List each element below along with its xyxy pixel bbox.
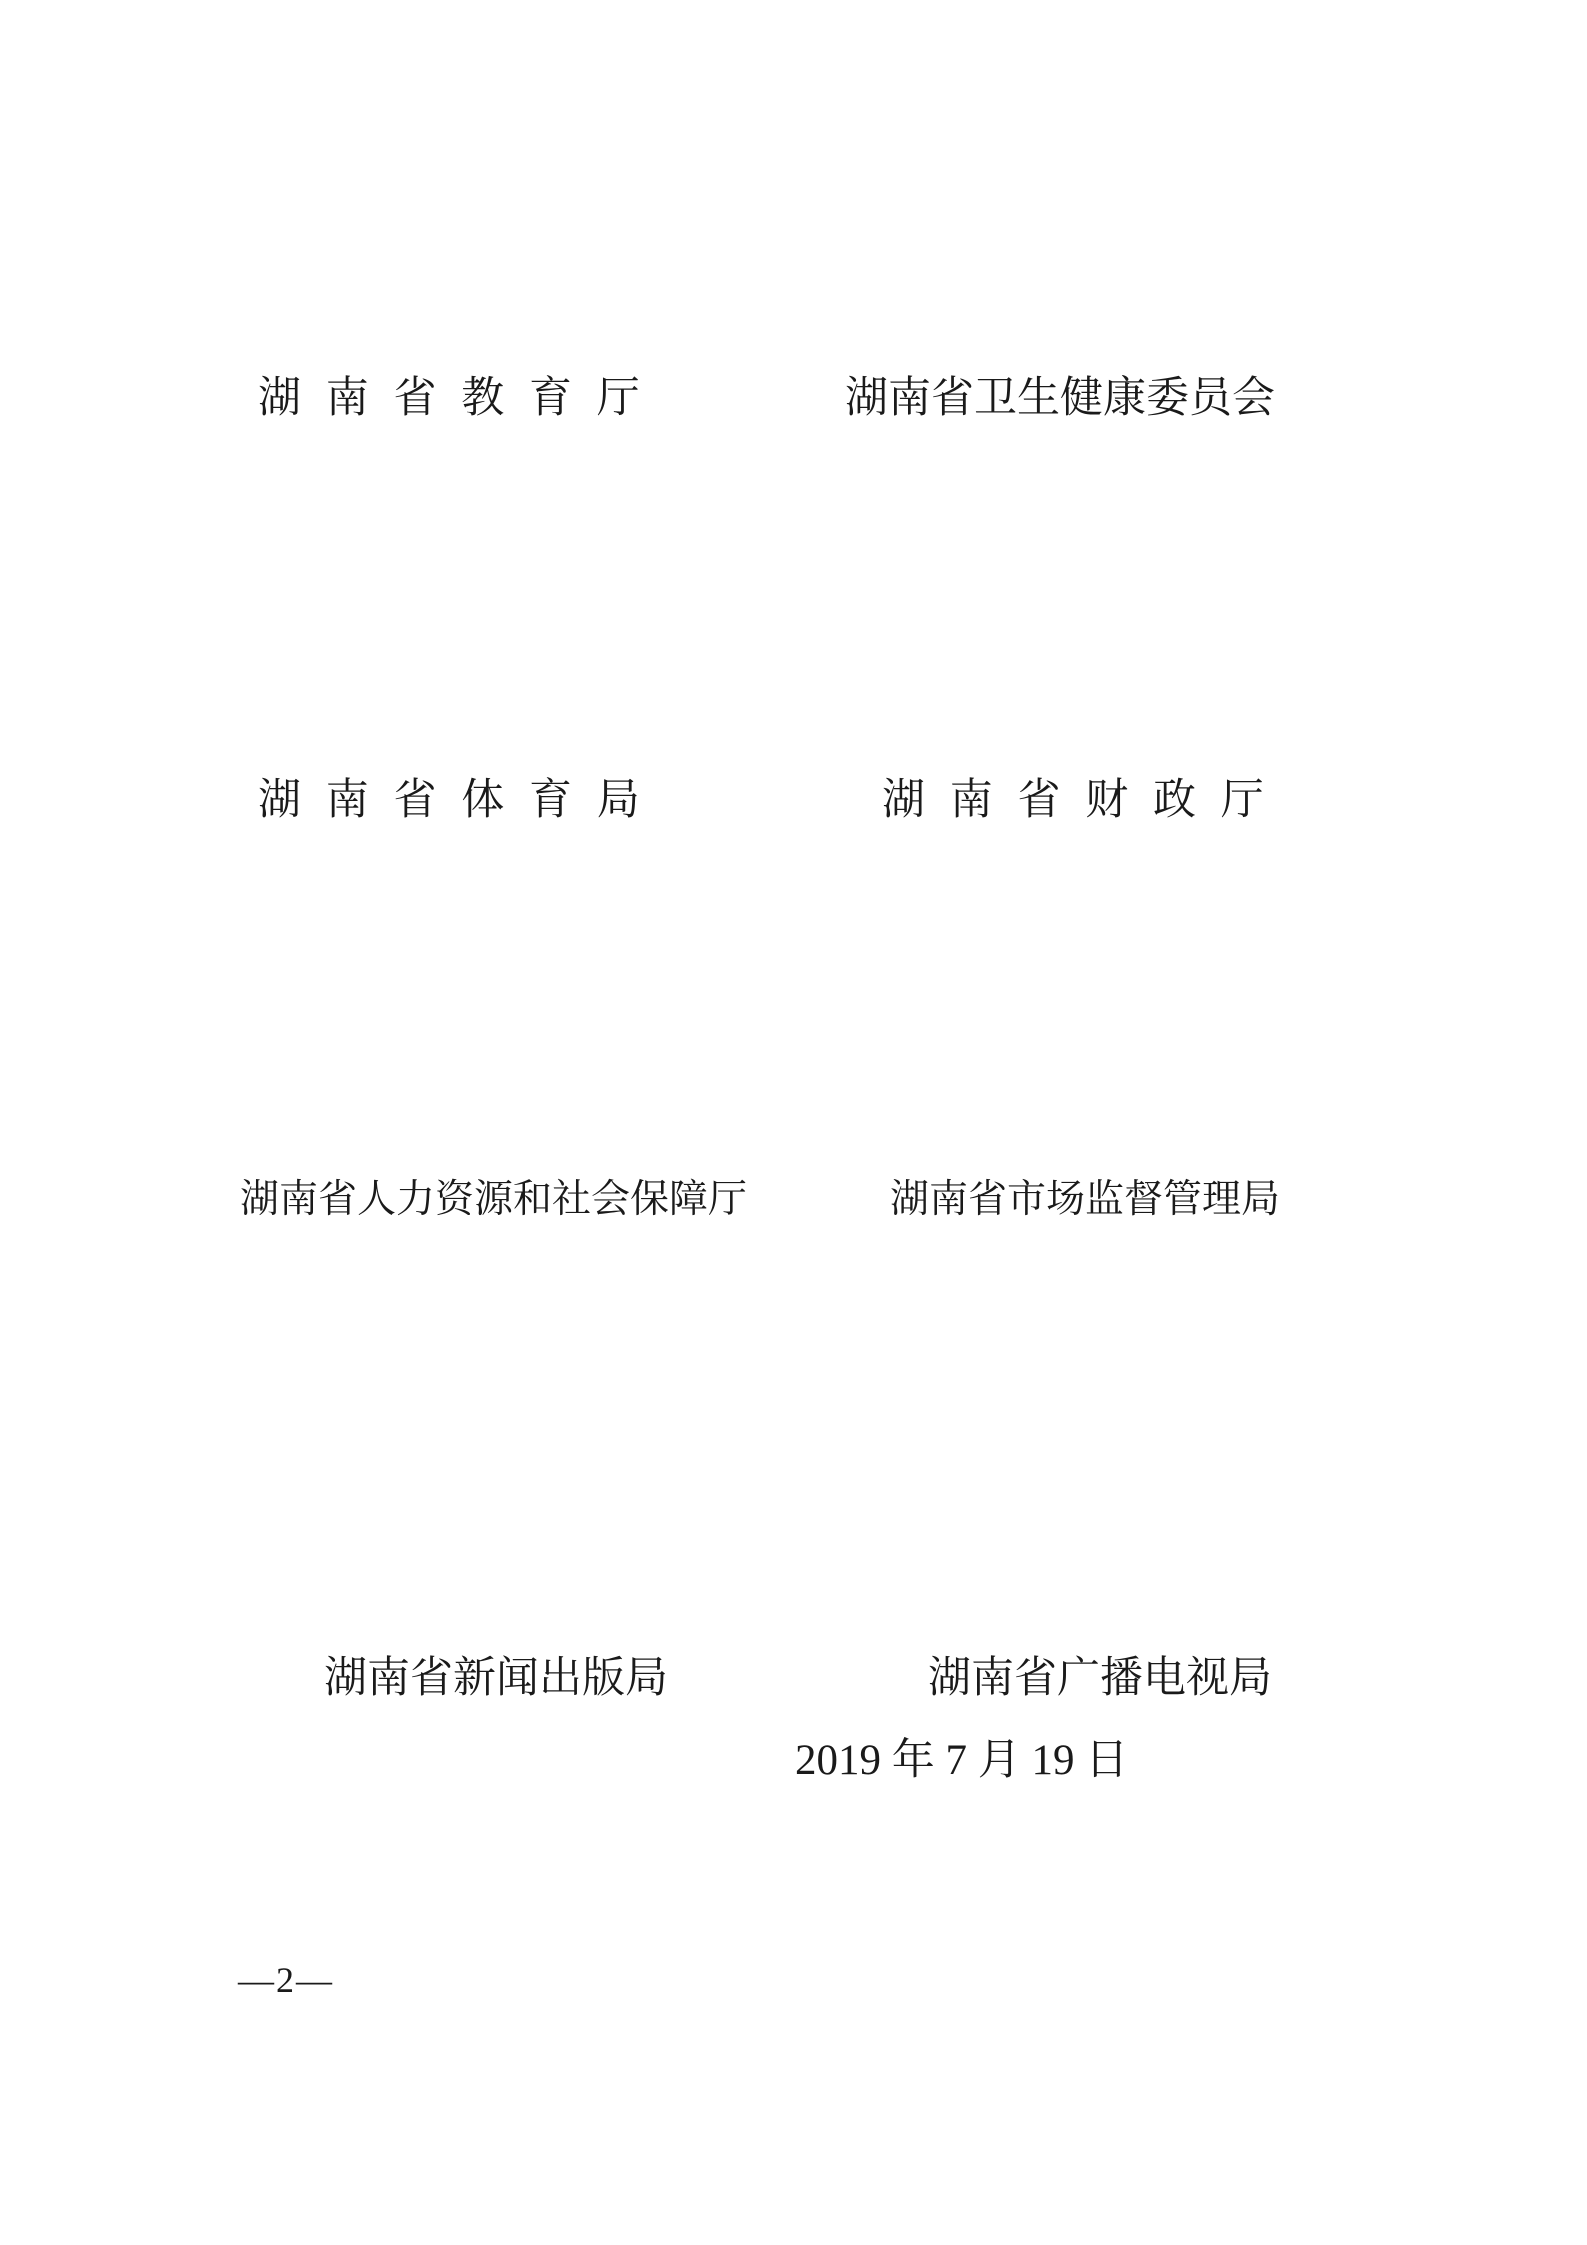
org-signature-education-dept: 湖 南 省 教 育 厅	[258, 377, 640, 420]
org-signature-press-publication-bureau: 湖南省新闻出版局	[324, 1657, 668, 1700]
document-date: 2019 年 7 月 19 日	[795, 1739, 1128, 1782]
org-signature-radio-tv-bureau: 湖南省广播电视局	[928, 1657, 1272, 1700]
org-signature-health-commission: 湖南省卫生健康委员会	[845, 377, 1275, 420]
org-signature-finance-dept: 湖 南 省 财 政 厅	[882, 779, 1264, 822]
document-page: 湖 南 省 教 育 厅 湖南省卫生健康委员会 湖 南 省 体 育 局 湖 南 省…	[0, 0, 1587, 2245]
org-signature-sports-bureau: 湖 南 省 体 育 局	[258, 779, 640, 822]
org-signature-market-supervision-bureau: 湖南省市场监督管理局	[890, 1180, 1280, 1219]
page-number: —2—	[238, 1962, 334, 1998]
org-signature-human-resources-dept: 湖南省人力资源和社会保障厅	[240, 1180, 747, 1219]
